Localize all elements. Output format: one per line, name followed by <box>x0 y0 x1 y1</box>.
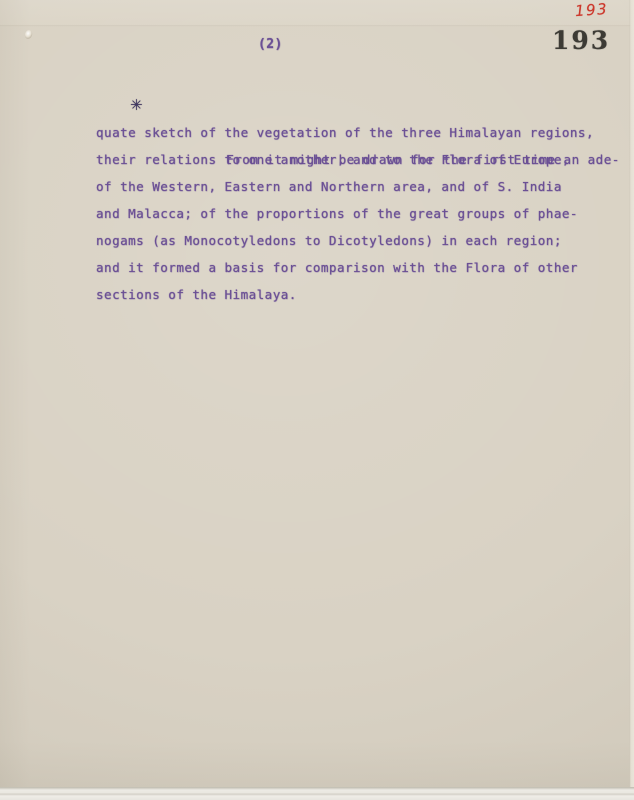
scan-bottom-edge <box>0 787 634 800</box>
body-line: their relations to one another, and to t… <box>96 146 566 173</box>
body-line: ✳ From it might be drawn for the first t… <box>96 92 566 119</box>
sheet-top-edge <box>0 25 634 27</box>
body-line: quate sketch of the vegetation of the th… <box>96 119 566 146</box>
body-line: of the Western, Eastern and Northern are… <box>96 173 566 200</box>
asterisk-footnote-marker: ✳ <box>130 92 143 119</box>
staple-hole-mark <box>24 29 34 40</box>
body-line: and it formed a basis for comparison wit… <box>96 254 566 281</box>
body-line: nogams (as Monocotyledons to Dicotyledon… <box>96 227 566 254</box>
body-line: sections of the Himalaya. <box>96 281 566 308</box>
scan-right-edge <box>629 0 634 800</box>
scanned-document-page: 193 193 (2) ✳ From it might be drawn for… <box>0 0 634 800</box>
stamped-folio-number: 193 <box>552 26 610 55</box>
page-number: (2) <box>258 37 283 52</box>
body-line: and Malacca; of the proportions of the g… <box>96 200 566 227</box>
body-paragraph: ✳ From it might be drawn for the first t… <box>96 92 566 308</box>
handwritten-folio-number: 193 <box>574 0 608 20</box>
